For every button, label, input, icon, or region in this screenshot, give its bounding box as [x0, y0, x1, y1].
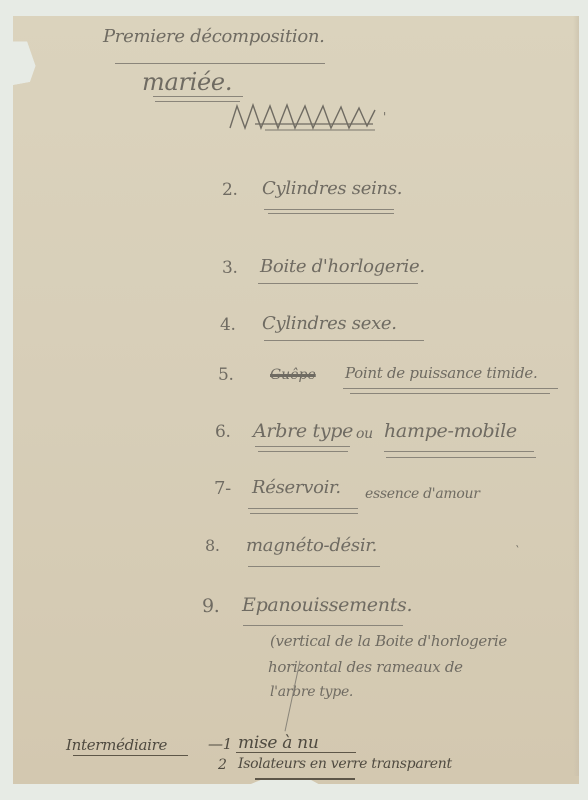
item-7-text: Réservoir.	[252, 477, 341, 498]
item-9-underline	[243, 625, 403, 626]
item-2-underline	[264, 209, 394, 210]
intermediaire-item-1-underline	[236, 752, 356, 753]
intermediaire-item-2-number: 2	[218, 757, 227, 773]
subtitle-underline-1	[153, 96, 243, 97]
title-underline	[115, 63, 325, 64]
item-6-connector: ou	[356, 426, 373, 442]
item-3-text: Boite d'horlogerie.	[260, 256, 425, 277]
item-5-number: 5.	[218, 365, 234, 385]
item-8-number: 8.	[205, 536, 220, 555]
item-8-text: magnéto-désir.	[246, 535, 377, 556]
item-6-text-2-underline-2	[386, 457, 536, 458]
item-6-underline-2	[258, 451, 348, 452]
item-5-underline-2	[350, 393, 550, 394]
item-4-number: 4.	[220, 315, 236, 335]
item-8-underline	[248, 566, 380, 567]
item-6-number: 6.	[215, 422, 231, 442]
stray-mark: `	[514, 544, 520, 558]
item-6-text-2: hampe-mobile	[384, 420, 517, 442]
item-2-text: Cylindres seins.	[262, 178, 402, 199]
item-9-note-1: (vertical de la Boite d'horlogerie	[270, 632, 507, 650]
intermediaire-underline	[73, 755, 188, 756]
paper-edge	[573, 16, 579, 776]
item-5-underline	[343, 388, 558, 389]
item-3-number: 3.	[222, 258, 238, 278]
item-6-text-2-underline	[384, 451, 534, 452]
item-4-text: Cylindres sexe.	[262, 313, 397, 334]
item-3-underline	[258, 283, 418, 284]
item-6-text: Arbre type	[253, 420, 353, 442]
intermediaire-item-1-number: —1	[208, 735, 232, 753]
item-9-note-3: l'arbre type.	[270, 684, 353, 700]
intermediaire-label: Intermédiaire	[66, 736, 167, 754]
item-5-struck-word: Guêpe	[270, 367, 316, 383]
item-7-text-2: essence d'amour	[365, 486, 480, 502]
item-2-number: 2.	[222, 180, 238, 200]
item-6-underline	[255, 446, 350, 447]
item-7-number: 7-	[214, 478, 231, 499]
doc-title: Premiere décomposition.	[103, 26, 325, 47]
item-2-underline-2	[268, 213, 394, 214]
item-9-number: 9.	[202, 595, 220, 617]
intermediaire-item-1-num: 1	[223, 735, 232, 753]
item-4-underline	[264, 340, 424, 341]
intermediaire-item-1-text: mise à nu	[238, 733, 318, 753]
intermediaire-item-2-underline	[255, 778, 355, 780]
item-7-underline-2	[250, 513, 358, 514]
doc-subtitle: mariée.	[142, 68, 232, 96]
struck-item-1-scribble	[225, 100, 385, 135]
struck-item-1-mark: '	[383, 110, 386, 124]
intermediaire-item-2-text: Isolateurs en verre transparent	[238, 756, 452, 772]
item-5-text: Point de puissance timide.	[345, 364, 537, 382]
item-7-underline	[248, 508, 358, 509]
item-9-text: Epanouissements.	[242, 594, 412, 616]
